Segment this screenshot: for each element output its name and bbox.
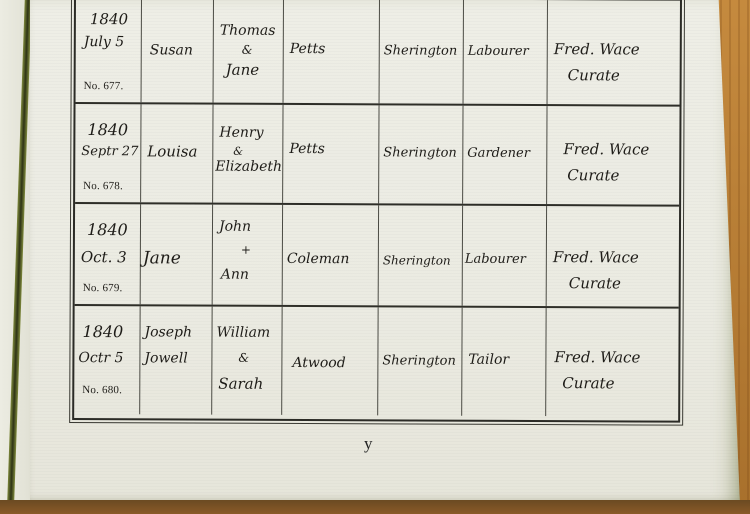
trade-cell: Labourer (463, 206, 547, 306)
abode-cell: Sherington (378, 307, 462, 415)
parents-names-cell: Henry & Elizabeth (213, 105, 283, 203)
entry-date: Septr 27 (81, 144, 138, 159)
register-entry-678: 1840 Septr 27 No. 678. Louisa Henry & El… (75, 104, 679, 207)
officiant-name: Fred. Wace (554, 348, 640, 366)
trade-cell: Gardener (463, 106, 547, 204)
entry-number: No. 679. (83, 282, 123, 294)
surname-cell: Petts (283, 105, 379, 203)
child-name: Louisa (147, 142, 197, 160)
abode-cell: Sherington (380, 0, 464, 104)
surname: Coleman (287, 251, 350, 267)
and-symbol: + (241, 243, 251, 257)
officiant-cell: Fred. Wace Curate (547, 106, 679, 205)
officiant-title: Curate (568, 66, 620, 84)
entry-number: No. 677. (84, 80, 124, 92)
parents-names-cell: Thomas & Jane (214, 0, 284, 103)
surname: Petts (290, 41, 326, 57)
register-entry-677: 1840 July 5 No. 677. Susan Thomas & Jane… (76, 0, 680, 107)
register-entry-680: 1840 Octr 5 No. 680. Joseph Jowell Willi… (74, 306, 678, 417)
register-entry-679: 1840 Oct. 3 No. 679. Jane John + Ann Col… (75, 204, 679, 309)
entry-number: No. 680. (82, 384, 122, 396)
abode-cell: Sherington (379, 105, 463, 203)
date-cell: 1840 Oct. 3 No. 679. (75, 204, 141, 304)
entry-year: 1840 (87, 120, 128, 139)
entry-number: No. 678. (83, 180, 123, 192)
father-name: Henry (219, 125, 263, 141)
child-name: Jane (143, 248, 181, 268)
child-name-line2: Jowell (144, 350, 187, 366)
father-name: William (216, 325, 270, 341)
entry-year: 1840 (90, 10, 128, 28)
surname: Atwood (292, 355, 345, 371)
child-name-cell: Joseph Jowell (140, 306, 212, 414)
entry-date: Octr 5 (78, 350, 123, 366)
mother-name: Jane (226, 61, 260, 79)
surname-cell: Coleman (283, 205, 379, 305)
abode: Sherington (383, 253, 451, 267)
surname-cell: Petts (284, 0, 380, 103)
trade: Gardener (467, 146, 530, 161)
child-name-cell: Louisa (141, 104, 213, 202)
officiant-title: Curate (562, 374, 614, 392)
trade: Tailor (468, 352, 509, 368)
child-name: Susan (150, 42, 193, 58)
father-name: Thomas (220, 23, 276, 39)
abode: Sherington (384, 43, 458, 58)
officiant-name: Fred. Wace (553, 248, 639, 266)
date-cell: 1840 Septr 27 No. 678. (75, 104, 141, 202)
abode: Sherington (383, 145, 457, 160)
child-name: Joseph (144, 324, 192, 340)
and-symbol: & (242, 43, 253, 57)
and-symbol: & (233, 145, 243, 158)
child-name-cell: Jane (141, 204, 213, 304)
officiant-cell: Fred. Wace Curate (548, 0, 680, 105)
mother-name: Ann (221, 267, 249, 283)
register-page: 1840 July 5 No. 677. Susan Thomas & Jane… (30, 0, 740, 505)
table-edge-below-page (0, 500, 750, 514)
parents-names-cell: William & Sarah (212, 307, 282, 415)
entry-date: Oct. 3 (81, 248, 127, 266)
entry-year: 1840 (82, 322, 123, 341)
entry-date: July 5 (84, 34, 124, 50)
and-symbol: & (238, 351, 249, 365)
father-name: John (219, 219, 251, 235)
trade-cell: Labourer (464, 0, 548, 104)
officiant-title: Curate (567, 166, 619, 184)
trade: Labourer (465, 252, 526, 267)
mother-name: Sarah (218, 375, 263, 393)
mother-name: Elizabeth (215, 159, 282, 175)
officiant-cell: Fred. Wace Curate (546, 308, 678, 417)
entry-year: 1840 (87, 220, 128, 239)
page-signature-letter: y (364, 434, 373, 454)
surname-cell: Atwood (282, 307, 378, 415)
officiant-title: Curate (569, 274, 621, 292)
surname: Petts (289, 141, 325, 157)
officiant-cell: Fred. Wace Curate (547, 206, 679, 307)
officiant-name: Fred. Wace (563, 140, 649, 158)
parents-names-cell: John + Ann (213, 205, 283, 305)
trade-cell: Tailor (462, 308, 546, 416)
abode: Sherington (382, 353, 456, 368)
baptism-register-table: 1840 July 5 No. 677. Susan Thomas & Jane… (72, 0, 682, 423)
abode-cell: Sherington (379, 205, 463, 305)
trade: Labourer (468, 44, 529, 59)
date-cell: 1840 July 5 No. 677. (76, 0, 142, 102)
date-cell: 1840 Octr 5 No. 680. (74, 306, 140, 414)
officiant-name: Fred. Wace (554, 40, 640, 58)
child-name-cell: Susan (142, 0, 214, 103)
